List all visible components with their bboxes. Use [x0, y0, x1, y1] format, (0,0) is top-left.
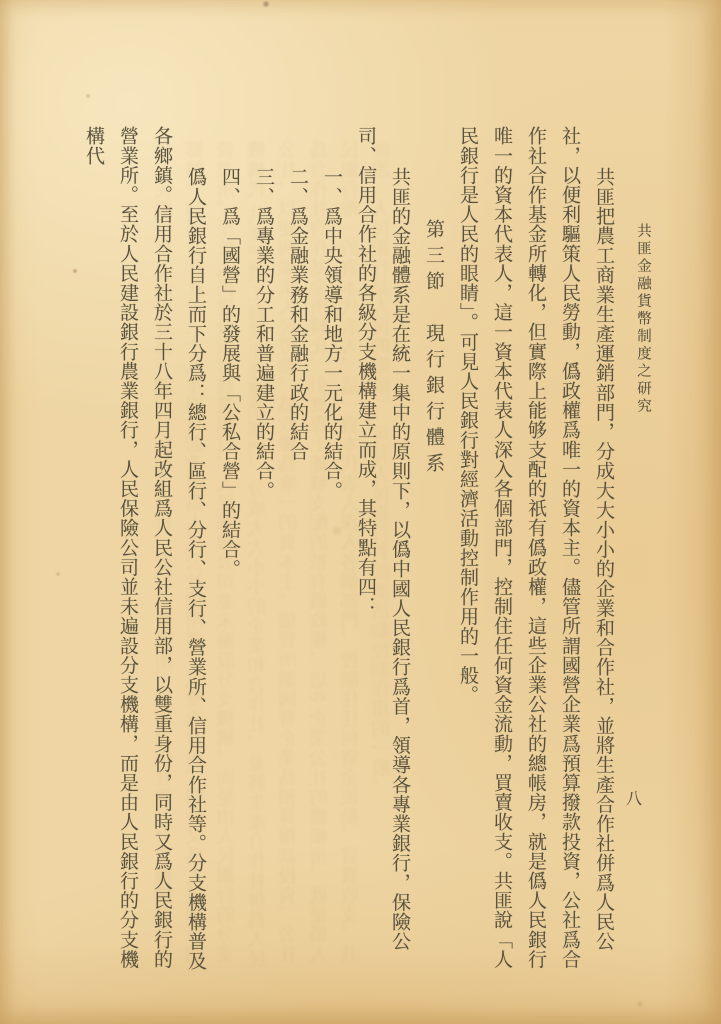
section-heading: 第三節 現行銀行體系	[416, 126, 450, 976]
running-header-title: 共匪金融貨幣制度之研究	[633, 223, 654, 416]
body-text: 共匪把農工商業生產運銷部門，分成大大小小的企業和合作社，並將生產合作社併爲人民公…	[76, 126, 620, 976]
paragraph-1: 共匪把農工商業生產運銷部門，分成大大小小的企業和合作社，並將生產合作社併爲人民公…	[450, 126, 620, 976]
list-item-3: 三、爲專業的分工和普遍建立的結合。	[246, 126, 280, 976]
list-item-4: 四、爲「國營」的發展與「公私合營」的結合。	[212, 126, 246, 976]
list-item-1: 一、爲中央領導和地方一元化的結合。	[314, 126, 348, 976]
scanned-document-page: 僞人民銀行自上而下分爲：總行、區行、分行、支行、營業所、信用合作社等。分支機構普…	[0, 0, 721, 1024]
paragraph-3: 僞人民銀行自上而下分爲：總行、區行、分行、支行、營業所、信用合作社等。分支機構普…	[76, 126, 212, 976]
page-number: 八	[626, 786, 642, 809]
paragraph-2: 共匪的金融體系是在統一集中的原則下，以僞中國人民銀行爲首，領導各專業銀行，保險公…	[348, 126, 416, 976]
list-item-2: 二、爲金融業務和金融行政的結合	[280, 126, 314, 976]
